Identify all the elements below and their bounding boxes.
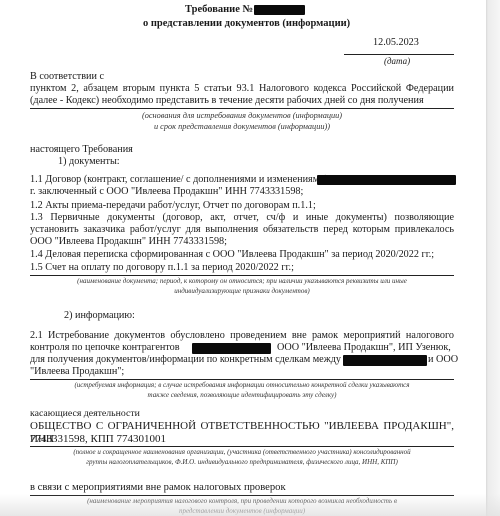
information-heading: 2) информацию: — [64, 310, 135, 323]
context-rule — [30, 495, 454, 496]
information-rule — [30, 379, 454, 380]
doc-item-1-3-line-1: 1.3 Первичные документы (договор, акт, о… — [30, 212, 454, 225]
document-page: Требование № о представлении документов … — [0, 0, 486, 516]
documents-caption-2: индивидуализирующие признаки документов) — [30, 287, 454, 297]
redacted-contract-number — [317, 175, 456, 185]
redacted-counterparty-2 — [343, 355, 427, 366]
basis-intro: В соответствии с — [30, 71, 104, 84]
info-line-3a: для получения документов/информации по к… — [30, 354, 341, 367]
doc-item-1-4: 1.4 Деловая переписка сформированная с О… — [30, 249, 434, 262]
doc-item-1-1-line-1: 1.1 Договор (контракт, соглашение/ с доп… — [30, 174, 340, 187]
doc-item-1-3-line-2: установить заказчика работ/услуг для вып… — [30, 224, 454, 237]
info-line-2b: ООО "Ивлеева Продакшн", ИП Узенюк, — [277, 342, 451, 355]
doc-item-1-2: 1.2 Акты приема-передачи работ/услуг, От… — [30, 200, 316, 213]
documents-heading: 1) документы: — [58, 156, 120, 169]
info-line-3b: и ООО — [428, 354, 458, 367]
info-line-2a: контроля по цепочке контрагентов — [30, 342, 180, 355]
redacted-counterparty-1 — [192, 343, 271, 354]
info-line-4: "Ивлеева Продакшн"; — [30, 366, 124, 379]
title-prefix: Требование № — [185, 4, 253, 15]
date-caption: (дата) — [384, 56, 410, 66]
subject-label: касающиеся деятельности — [30, 408, 140, 421]
basis-caption-1: (основания для истребования документов (… — [30, 111, 454, 121]
subject-caption-2: группы налогоплательщиков, Ф.И.О. индиви… — [30, 458, 454, 468]
context-caption-1: (наименование мероприятия налогового кон… — [30, 497, 454, 507]
subject-caption-1: (полное и сокращенное наименования орган… — [30, 448, 454, 458]
information-caption-1: (истребуемая информация; в случае истреб… — [30, 381, 454, 391]
document-title: Требование № — [185, 4, 253, 15]
basis-line-1: пунктом 2, абзацем вторым пункта 5 стать… — [30, 83, 454, 96]
context-text: в связи с мероприятиями вне рамок налого… — [30, 482, 286, 495]
doc-item-1-1-line-2: г. заключенный с ООО "Ивлеева Продакшн" … — [30, 186, 303, 199]
documents-caption-1: (наименование документа; период, к котор… — [30, 277, 454, 287]
subject-line-2: 7743331598, КПП 774301001 — [30, 433, 166, 446]
requirement-ref: настоящего Требования — [30, 144, 133, 157]
subject-rule — [30, 446, 454, 447]
doc-item-1-5: 1.5 Счет на оплату по договору п.1.1 за … — [30, 262, 294, 275]
document-date: 12.05.2023 — [373, 37, 419, 50]
page-edge-shadow — [486, 0, 500, 516]
documents-rule — [30, 275, 454, 276]
context-caption-2: представлении документов (информации) — [30, 507, 454, 516]
doc-item-1-3-line-3: ООО "Ивлеева Продакшн" ИНН 7743331598; — [30, 236, 227, 249]
information-caption-2: также сведения, позволяющие идентифициро… — [30, 391, 454, 401]
date-rule — [344, 54, 454, 55]
basis-caption-2: и срок представления документов (информа… — [30, 122, 454, 132]
basis-line-2: (далее - Кодекс) необходимо представить … — [30, 95, 454, 108]
redacted-number — [254, 5, 305, 15]
basis-rule — [30, 108, 454, 109]
info-line-1: 2.1 Истребование документов обусловлено … — [30, 330, 454, 343]
document-subtitle: о представлении документов (информации) — [143, 18, 350, 29]
